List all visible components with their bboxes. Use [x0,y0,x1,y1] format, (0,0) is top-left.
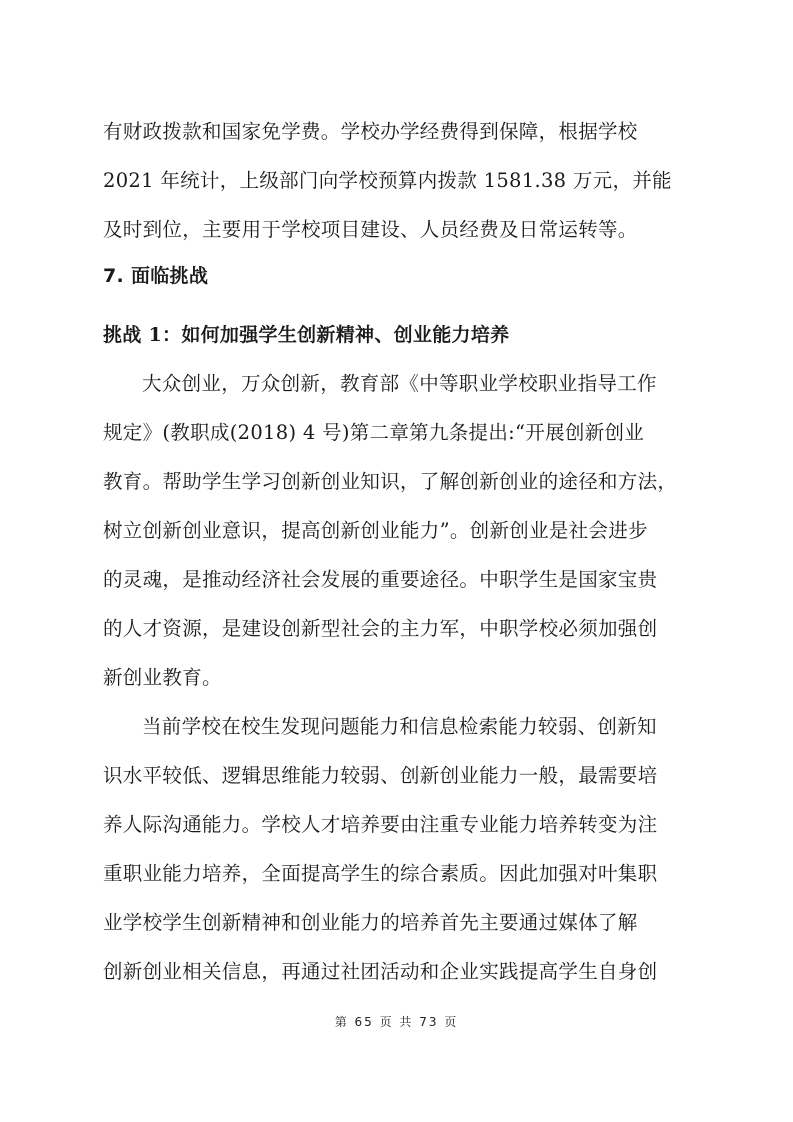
body-text-line: 识水平较低、逻辑思维能力较弱、创新创业能力一般，最需要培 [103,762,691,790]
page-footer: 第 65 页 共 73 页 [0,1013,793,1030]
body-text-line: 创新创业相关信息，再通过社团活动和企业实践提高学生自身创 [103,958,691,986]
body-text-line: 树立创新创业意识，提高创新创业能力”。创新创业是社会进步 [103,517,691,545]
body-text-line: 教育。帮助学生学习创新创业知识，了解创新创业的途径和方法， [103,468,691,496]
body-text-line: 2021 年统计，上级部门向学校预算内拨款 1581.38 万元，并能 [103,167,691,195]
document-page: 有财政拨款和国家免学费。学校办学经费得到保障，根据学校 2021 年统计，上级部… [0,0,793,1122]
body-text-line: 及时到位，主要用于学校项目建设、人员经费及日常运转等。 [103,216,691,244]
body-text-line: 大众创业，万众创新，教育部《中等职业学校职业指导工作 [142,370,730,398]
challenge-heading: 挑战 1：如何加强学生创新精神、创业能力培养 [103,321,691,349]
body-text-line: 的人才资源，是建设创新型社会的主力军，中职学校必须加强创 [103,615,691,643]
body-text-line: 新创业教育。 [103,664,691,692]
body-text-line: 规定》(教职成(2018) 4 号)第二章第九条提出:“开展创新创业 [103,419,691,447]
section-heading: 7. 面临挑战 [103,262,691,290]
body-text-line: 重职业能力培养，全面提高学生的综合素质。因此加强对叶集职 [103,860,691,888]
body-text-line: 当前学校在校生发现问题能力和信息检索能力较弱、创新知 [142,713,730,741]
body-text-line: 业学校学生创新精神和创业能力的培养首先主要通过媒体了解 [103,909,691,937]
body-text-line: 养人际沟通能力。学校人才培养要由注重专业能力培养转变为注 [103,811,691,839]
body-text-line: 的灵魂，是推动经济社会发展的重要途径。中职学生是国家宝贵 [103,566,691,594]
body-text-line: 有财政拨款和国家免学费。学校办学经费得到保障，根据学校 [103,118,691,146]
